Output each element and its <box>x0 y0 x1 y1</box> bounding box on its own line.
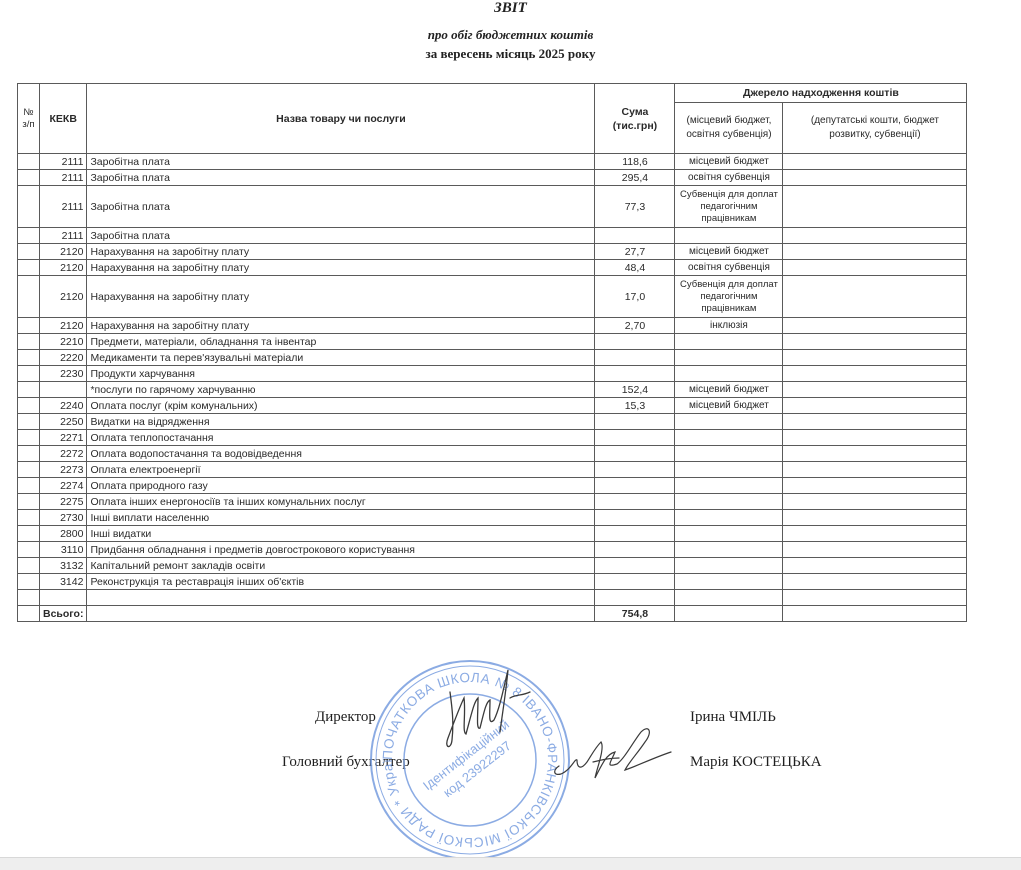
row-sum-cell <box>595 526 675 542</box>
row-num-cell <box>18 478 40 494</box>
row-num-cell <box>18 244 40 260</box>
row-name-cell: Продукти харчування <box>87 366 595 382</box>
row-name-cell: Медикаменти та перев'язувальні матеріали <box>87 350 595 366</box>
col-header-kekv: КЕКВ <box>40 84 87 154</box>
row-num-cell <box>18 276 40 318</box>
row-source1-cell: місцевий бюджет <box>675 154 783 170</box>
row-num-cell <box>18 558 40 574</box>
row-sum-cell: 77,3 <box>595 186 675 228</box>
row-sum-cell <box>595 574 675 590</box>
row-sum-cell: 15,3 <box>595 398 675 414</box>
row-sum-cell: 295,4 <box>595 170 675 186</box>
total-src1-cell <box>675 606 783 622</box>
table-row: 2274Оплата природного газу <box>18 478 967 494</box>
row-sum-cell <box>595 228 675 244</box>
row-name-cell: Заробітна плата <box>87 170 595 186</box>
row-sum-cell: 48,4 <box>595 260 675 276</box>
table-row <box>18 590 967 606</box>
row-sum-cell <box>595 350 675 366</box>
table-row: 2120Нарахування на заробітну плату2,70ін… <box>18 318 967 334</box>
row-name-cell: Оплата інших енергоносіїв та інших комун… <box>87 494 595 510</box>
table-row: 2220Медикаменти та перев'язувальні матер… <box>18 350 967 366</box>
row-source1-cell: інклюзія <box>675 318 783 334</box>
row-source2-cell <box>783 510 967 526</box>
table-row: *послуги по гарячому харчуванню152,4місц… <box>18 382 967 398</box>
row-num-cell <box>18 414 40 430</box>
table-row: 2111Заробітна плата118,6місцевий бюджет <box>18 154 967 170</box>
col-header-sum: Сума (тис.грн) <box>595 84 675 154</box>
row-source2-cell <box>783 542 967 558</box>
row-num-cell <box>18 350 40 366</box>
row-num-cell <box>18 228 40 244</box>
row-sum-cell <box>595 430 675 446</box>
row-source1-cell: місцевий бюджет <box>675 398 783 414</box>
row-name-cell: Оплата електроенергії <box>87 462 595 478</box>
table-row: 2273Оплата електроенергії <box>18 462 967 478</box>
row-sum-cell <box>595 414 675 430</box>
row-source2-cell <box>783 526 967 542</box>
row-kekv-cell: 2273 <box>40 462 87 478</box>
row-num-cell <box>18 170 40 186</box>
table-row: 2240Оплата послуг (крім комунальних)15,3… <box>18 398 967 414</box>
row-name-cell: Нарахування на заробітну плату <box>87 244 595 260</box>
row-source1-cell <box>675 462 783 478</box>
row-num-cell <box>18 590 40 606</box>
table-row: 3132Капітальний ремонт закладів освіти <box>18 558 967 574</box>
row-source2-cell <box>783 244 967 260</box>
row-source1-cell <box>675 366 783 382</box>
row-kekv-cell <box>40 590 87 606</box>
table-row: 2111Заробітна плата <box>18 228 967 244</box>
row-kekv-cell: 2730 <box>40 510 87 526</box>
row-sum-cell <box>595 494 675 510</box>
row-kekv-cell <box>40 382 87 398</box>
row-source2-cell <box>783 558 967 574</box>
row-num-cell <box>18 154 40 170</box>
row-num-cell <box>18 494 40 510</box>
director-signature-icon <box>430 662 540 762</box>
row-name-cell: Заробітна плата <box>87 186 595 228</box>
row-kekv-cell: 2240 <box>40 398 87 414</box>
row-sum-cell <box>595 510 675 526</box>
row-name-cell: Капітальний ремонт закладів освіти <box>87 558 595 574</box>
row-source2-cell <box>783 398 967 414</box>
row-kekv-cell: 2111 <box>40 228 87 244</box>
table-row: 2250Видатки на відрядження <box>18 414 967 430</box>
row-name-cell: Оплата природного газу <box>87 478 595 494</box>
row-kekv-cell: 2120 <box>40 318 87 334</box>
row-name-cell: Заробітна плата <box>87 228 595 244</box>
row-name-cell: Оплата водопостачання та водовідведення <box>87 446 595 462</box>
row-source2-cell <box>783 318 967 334</box>
row-source2-cell <box>783 446 967 462</box>
row-sum-cell <box>595 334 675 350</box>
row-name-cell: *послуги по гарячому харчуванню <box>87 382 595 398</box>
row-source1-cell <box>675 430 783 446</box>
row-source2-cell <box>783 154 967 170</box>
row-kekv-cell: 2275 <box>40 494 87 510</box>
row-num-cell <box>18 446 40 462</box>
row-sum-cell <box>595 366 675 382</box>
row-source2-cell <box>783 494 967 510</box>
row-source1-cell <box>675 414 783 430</box>
row-kekv-cell: 2111 <box>40 186 87 228</box>
row-kekv-cell: 2210 <box>40 334 87 350</box>
row-sum-cell: 17,0 <box>595 276 675 318</box>
row-kekv-cell: 3110 <box>40 542 87 558</box>
table-row: 2111Заробітна плата295,4освітня субвенці… <box>18 170 967 186</box>
table-row: 2730Інші виплати населенню <box>18 510 967 526</box>
row-kekv-cell: 2274 <box>40 478 87 494</box>
row-kekv-cell: 3132 <box>40 558 87 574</box>
row-source1-cell <box>675 542 783 558</box>
row-sum-cell: 2,70 <box>595 318 675 334</box>
row-kekv-cell: 2111 <box>40 170 87 186</box>
budget-report-table: № з/п КЕКВ Назва товару чи послуги Сума … <box>17 83 967 622</box>
row-num-cell <box>18 366 40 382</box>
row-source2-cell <box>783 260 967 276</box>
row-source1-cell <box>675 350 783 366</box>
row-kekv-cell: 2271 <box>40 430 87 446</box>
report-title: ЗВІТ <box>0 0 1021 17</box>
row-source2-cell <box>783 574 967 590</box>
row-source1-cell <box>675 590 783 606</box>
row-sum-cell: 27,7 <box>595 244 675 260</box>
row-source2-cell <box>783 478 967 494</box>
report-period: за вересень місяць 2025 року <box>0 46 1021 62</box>
accountant-signature-icon <box>545 718 675 788</box>
table-row: 2111Заробітна плата77,3Субвенція для доп… <box>18 186 967 228</box>
row-kekv-cell: 2272 <box>40 446 87 462</box>
row-kekv-cell: 2111 <box>40 154 87 170</box>
row-kekv-cell: 2250 <box>40 414 87 430</box>
row-num-cell <box>18 398 40 414</box>
row-num-cell <box>18 574 40 590</box>
row-source2-cell <box>783 170 967 186</box>
row-source1-cell <box>675 526 783 542</box>
row-name-cell: Оплата теплопостачання <box>87 430 595 446</box>
table-row: 2120Нарахування на заробітну плату27,7мі… <box>18 244 967 260</box>
col-header-name: Назва товару чи послуги <box>87 84 595 154</box>
row-kekv-cell: 2800 <box>40 526 87 542</box>
row-kekv-cell: 3142 <box>40 574 87 590</box>
row-name-cell: Інші виплати населенню <box>87 510 595 526</box>
row-source1-cell: освітня субвенція <box>675 170 783 186</box>
table-row: 2120Нарахування на заробітну плату48,4ос… <box>18 260 967 276</box>
row-source2-cell <box>783 350 967 366</box>
row-kekv-cell: 2230 <box>40 366 87 382</box>
table-row: 2800Інші видатки <box>18 526 967 542</box>
row-sum-cell <box>595 542 675 558</box>
row-source1-cell: місцевий бюджет <box>675 382 783 398</box>
table-row: 3110Придбання обладнання і предметів дов… <box>18 542 967 558</box>
row-name-cell: Реконструкція та реставрація інших об'єк… <box>87 574 595 590</box>
col-header-source-group: Джерело надходження коштів <box>675 84 967 103</box>
director-title: Директор <box>315 709 376 726</box>
row-kekv-cell: 2220 <box>40 350 87 366</box>
row-sum-cell <box>595 462 675 478</box>
row-source2-cell <box>783 590 967 606</box>
table-row: 2210Предмети, матеріали, обладнання та і… <box>18 334 967 350</box>
row-num-cell <box>18 526 40 542</box>
row-num-cell <box>18 318 40 334</box>
table-row: 2272Оплата водопостачання та водовідведе… <box>18 446 967 462</box>
row-source2-cell <box>783 462 967 478</box>
accountant-name: Марія КОСТЕЦЬКА <box>690 754 822 771</box>
row-sum-cell: 152,4 <box>595 382 675 398</box>
row-name-cell: Оплата послуг (крім комунальних) <box>87 398 595 414</box>
row-kekv-cell: 2120 <box>40 260 87 276</box>
table-body: 2111Заробітна плата118,6місцевий бюджет2… <box>18 154 967 606</box>
col-header-num: № з/п <box>18 84 40 154</box>
row-name-cell: Нарахування на заробітну плату <box>87 318 595 334</box>
table-row: 3142Реконструкція та реставрація інших о… <box>18 574 967 590</box>
row-name-cell: Предмети, матеріали, обладнання та інвен… <box>87 334 595 350</box>
row-source1-cell <box>675 494 783 510</box>
row-source1-cell <box>675 558 783 574</box>
row-source1-cell <box>675 334 783 350</box>
row-source1-cell <box>675 478 783 494</box>
row-source2-cell <box>783 430 967 446</box>
row-source1-cell <box>675 228 783 244</box>
row-source2-cell <box>783 228 967 244</box>
row-num-cell <box>18 542 40 558</box>
row-source1-cell <box>675 446 783 462</box>
row-source2-cell <box>783 414 967 430</box>
row-name-cell: Видатки на відрядження <box>87 414 595 430</box>
total-src2-cell <box>783 606 967 622</box>
row-num-cell <box>18 462 40 478</box>
row-name-cell: Нарахування на заробітну плату <box>87 276 595 318</box>
table-row: 2120Нарахування на заробітну плату17,0Су… <box>18 276 967 318</box>
page-bottom-edge <box>0 857 1021 870</box>
total-sum: 754,8 <box>595 606 675 622</box>
table-row: 2271Оплата теплопостачання <box>18 430 967 446</box>
col-header-source1: (місцевий бюджет, освітня субвенція) <box>675 103 783 154</box>
row-sum-cell <box>595 478 675 494</box>
report-subtitle: про обіг бюджетних коштів <box>0 27 1021 43</box>
row-source1-cell <box>675 510 783 526</box>
row-name-cell: Нарахування на заробітну плату <box>87 260 595 276</box>
row-sum-cell <box>595 558 675 574</box>
row-source2-cell <box>783 382 967 398</box>
row-kekv-cell: 2120 <box>40 244 87 260</box>
row-num-cell <box>18 430 40 446</box>
row-num-cell <box>18 510 40 526</box>
row-source2-cell <box>783 366 967 382</box>
row-sum-cell: 118,6 <box>595 154 675 170</box>
row-num-cell <box>18 382 40 398</box>
total-row: Всього: 754,8 <box>18 606 967 622</box>
row-num-cell <box>18 186 40 228</box>
row-source2-cell <box>783 334 967 350</box>
row-num-cell <box>18 334 40 350</box>
row-num-cell <box>18 260 40 276</box>
total-label: Всього: <box>40 606 87 622</box>
director-name: Ірина ЧМІЛЬ <box>690 709 776 726</box>
table-row: 2275Оплата інших енергоносіїв та інших к… <box>18 494 967 510</box>
row-source1-cell: освітня субвенція <box>675 260 783 276</box>
total-name-cell <box>87 606 595 622</box>
col-header-source2: (депутатські кошти, бюджет розвитку, суб… <box>783 103 967 154</box>
row-source2-cell <box>783 186 967 228</box>
row-source1-cell: місцевий бюджет <box>675 244 783 260</box>
table-row: 2230Продукти харчування <box>18 366 967 382</box>
row-source2-cell <box>783 276 967 318</box>
total-num-cell <box>18 606 40 622</box>
row-source1-cell <box>675 574 783 590</box>
row-sum-cell <box>595 446 675 462</box>
row-name-cell: Придбання обладнання і предметів довгост… <box>87 542 595 558</box>
row-name-cell: Заробітна плата <box>87 154 595 170</box>
row-kekv-cell: 2120 <box>40 276 87 318</box>
row-source1-cell: Субвенція для доплат педагогічним праців… <box>675 276 783 318</box>
row-name-cell: Інші видатки <box>87 526 595 542</box>
row-name-cell <box>87 590 595 606</box>
row-sum-cell <box>595 590 675 606</box>
row-source1-cell: Субвенція для доплат педагогічним праців… <box>675 186 783 228</box>
